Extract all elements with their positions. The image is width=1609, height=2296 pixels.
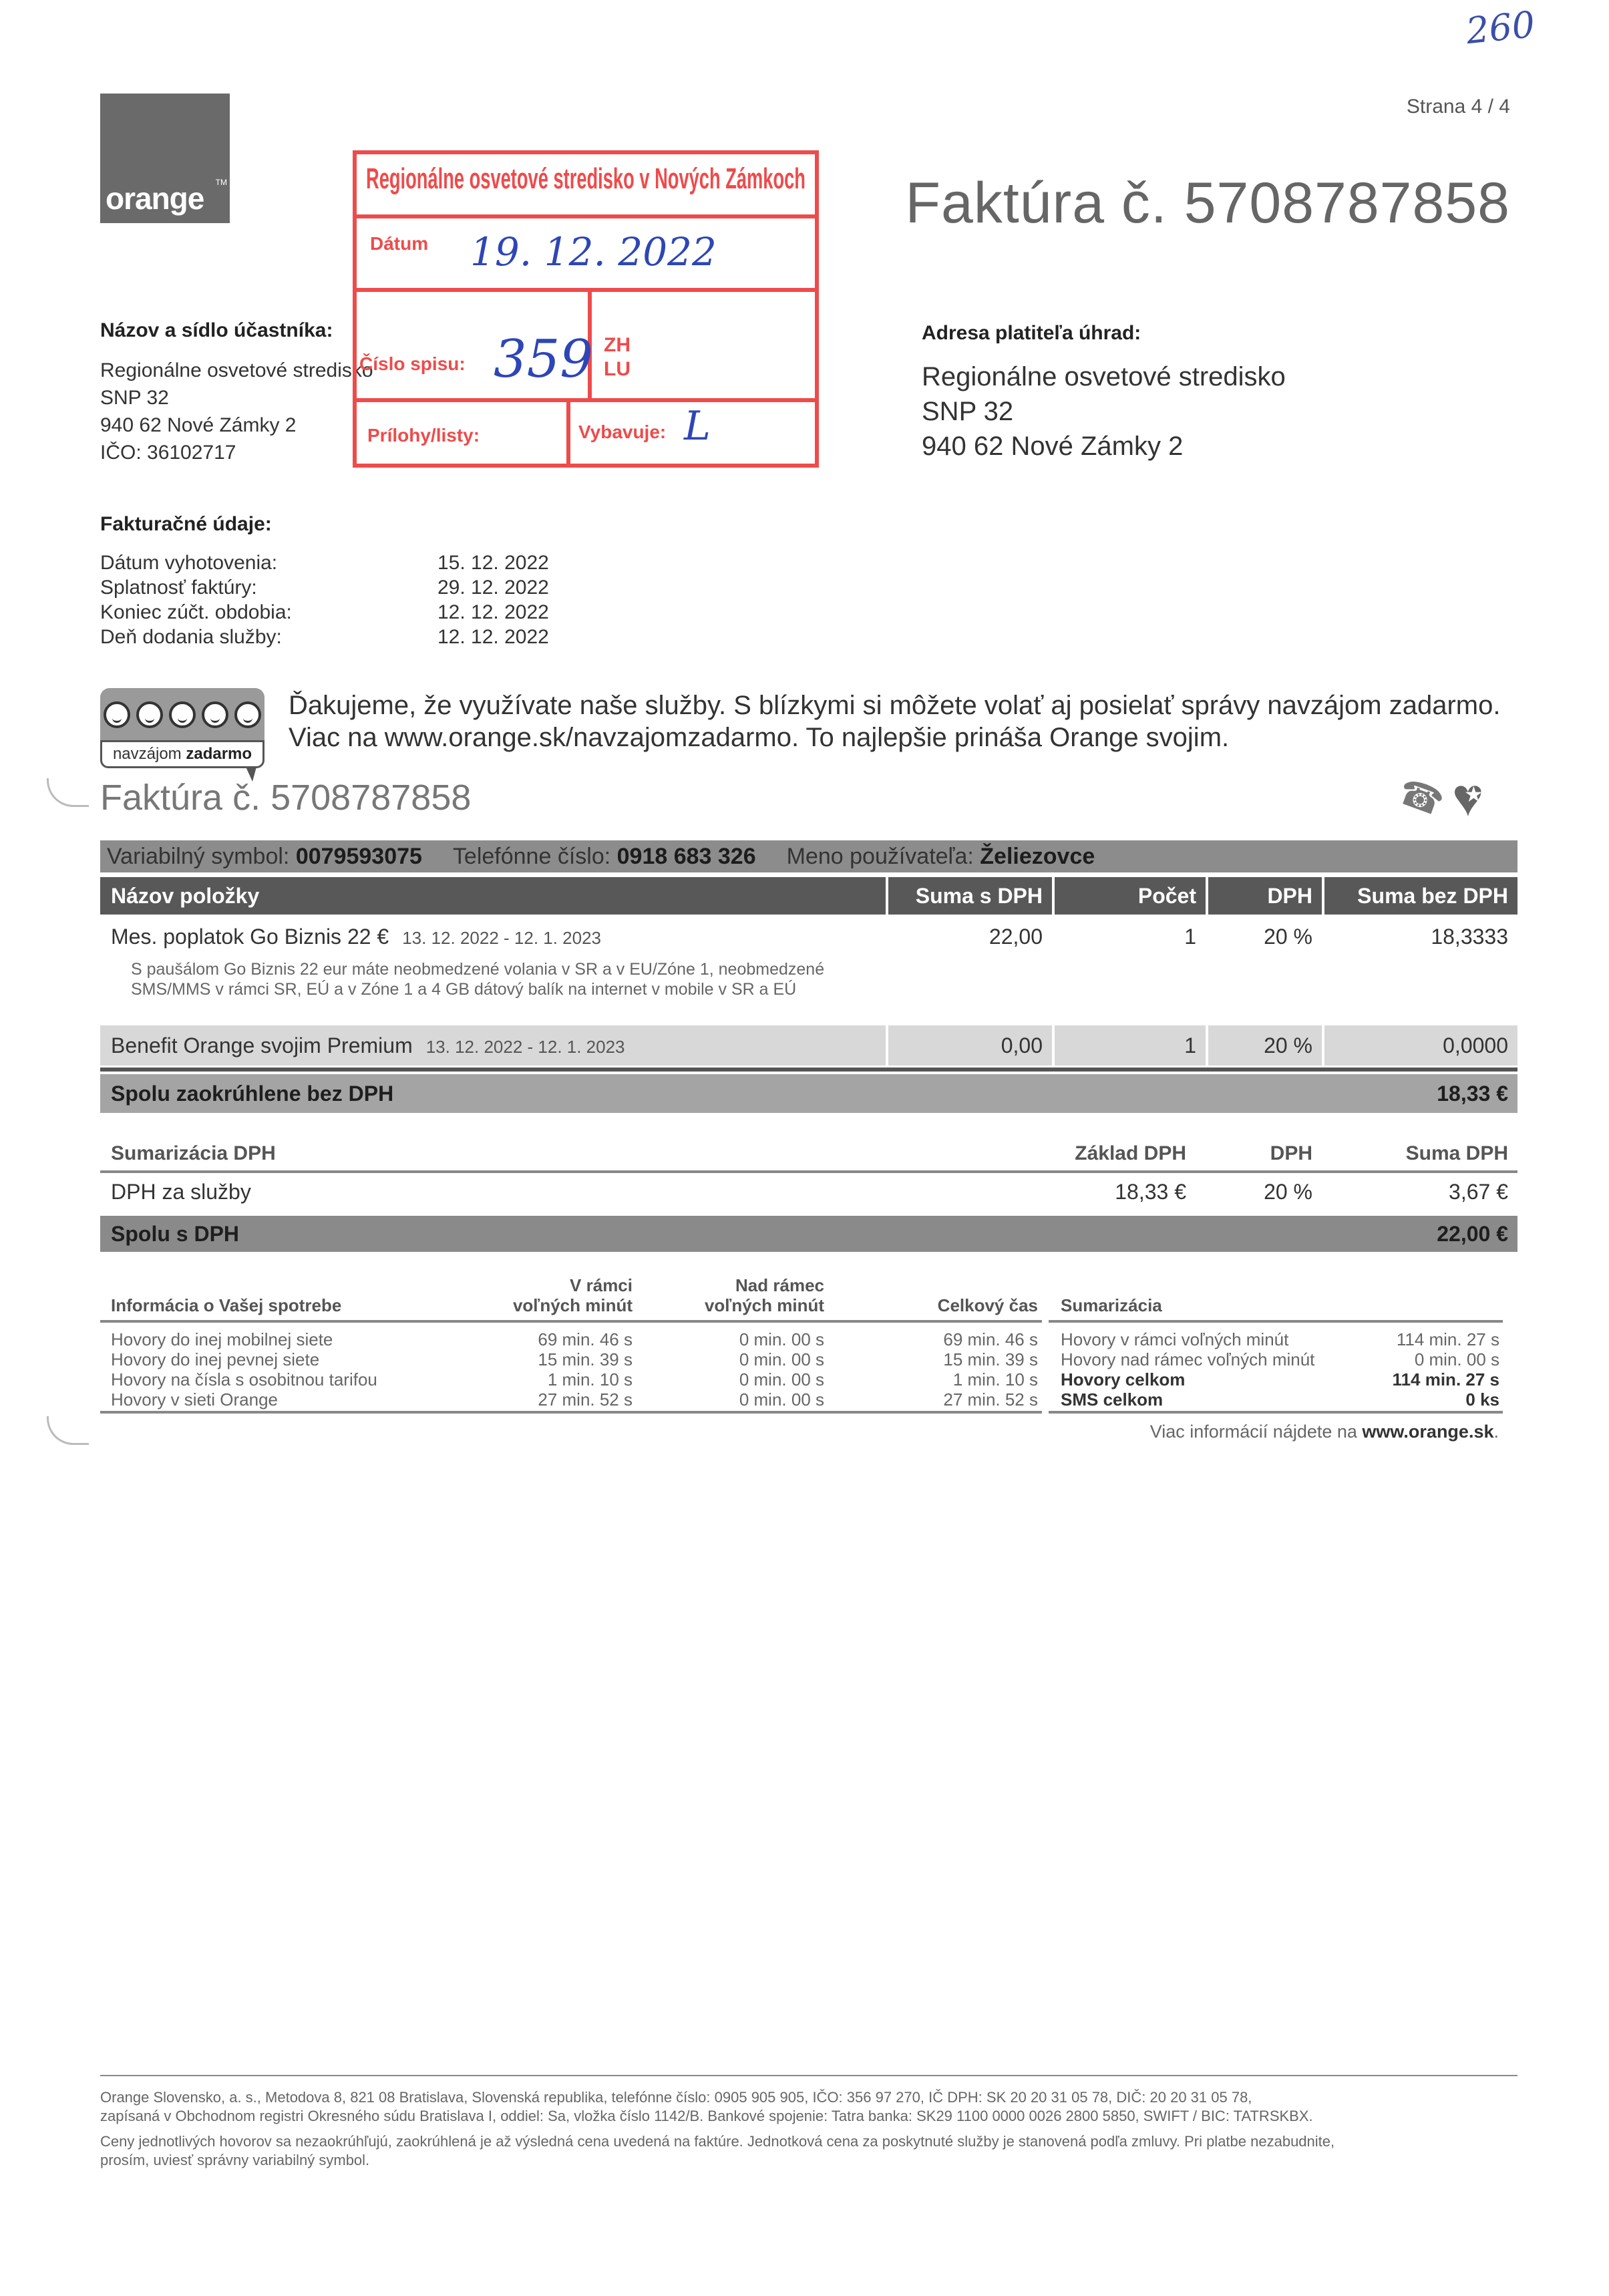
item-count: 1 bbox=[1184, 925, 1196, 949]
billing-value: 29. 12. 2022 bbox=[437, 575, 549, 600]
usage-header-over: Nad rámecvoľných minút bbox=[705, 1275, 824, 1315]
usage-header-within-line: voľných minút bbox=[513, 1295, 633, 1315]
usage-header-label: Informácia o Vašej spotrebe bbox=[111, 1295, 341, 1315]
usage-header-within: V rámcivoľných minút bbox=[513, 1275, 633, 1315]
phone-value: 0918 683 326 bbox=[617, 844, 756, 869]
usage-summary-value: 0 min. 00 s bbox=[1415, 1349, 1499, 1369]
usage-summary-value: 114 min. 27 s bbox=[1393, 1369, 1499, 1389]
stamp-date-label: Dátum bbox=[370, 233, 428, 255]
billing-value: 15. 12. 2022 bbox=[437, 550, 549, 575]
face-icon bbox=[202, 701, 228, 728]
more-info: Viac informácií nájdete na www.orange.sk… bbox=[1150, 1422, 1499, 1442]
usage-header-over-line: voľných minút bbox=[705, 1295, 824, 1315]
usage-summary-label: SMS celkom bbox=[1061, 1389, 1163, 1410]
stamp-file-label: Číslo spisu: bbox=[359, 353, 466, 375]
vat-rate-header: DPH bbox=[1270, 1142, 1312, 1165]
stamp-title: Regionálne osvetové stredisko v Nových Z… bbox=[366, 162, 806, 196]
billing-value: 12. 12. 2022 bbox=[437, 600, 549, 625]
heart-star-icon bbox=[1451, 774, 1497, 820]
usage-row-over: 0 min. 00 s bbox=[739, 1349, 824, 1369]
badge-text-bold: zadarmo bbox=[186, 745, 252, 763]
stamp-zh-lu: ZH LU bbox=[604, 333, 631, 381]
vs-label: Variabilný symbol: bbox=[107, 844, 289, 869]
item-vat: 20 % bbox=[1264, 1033, 1312, 1058]
usage-row-within: 15 min. 39 s bbox=[538, 1349, 633, 1369]
total-with-vat-bar: Spolu s DPH 22,00 € bbox=[100, 1216, 1517, 1252]
stamp-divider bbox=[566, 398, 570, 464]
binder-hole-mark bbox=[47, 778, 89, 807]
usage-row-within: 69 min. 46 s bbox=[538, 1329, 633, 1349]
billing-row: Deň dodania služby:12. 12. 2022 bbox=[100, 625, 549, 649]
usage-summary-label: Hovory nad rámec voľných minút bbox=[1061, 1349, 1314, 1369]
billing-details: Fakturačné údaje: Dátum vyhotovenia:15. … bbox=[100, 513, 549, 649]
stamp-handled-value: L bbox=[684, 403, 711, 450]
table-row-item-name: Benefit Orange svojim Premium13. 12. 202… bbox=[111, 1033, 625, 1058]
total-without-vat-label: Spolu zaokrúhlene bez DPH bbox=[111, 1074, 393, 1113]
usage-row-over: 0 min. 00 s bbox=[739, 1329, 824, 1349]
stamp-attachments-label: Prílohy/listy: bbox=[367, 425, 480, 446]
billing-key: Dátum vyhotovenia: bbox=[100, 550, 437, 575]
usage-row-total: 15 min. 39 s bbox=[943, 1349, 1038, 1369]
page-indicator: Strana 4 / 4 bbox=[1407, 96, 1510, 118]
payer-line: 940 62 Nové Zámky 2 bbox=[922, 429, 1286, 464]
usage-row-over: 0 min. 00 s bbox=[739, 1389, 824, 1410]
usage-summary-value: 0 ks bbox=[1465, 1389, 1499, 1410]
usage-row-label: Hovory do inej pevnej siete bbox=[111, 1349, 319, 1369]
badge-label: navzájom zadarmo bbox=[100, 740, 264, 768]
col-header-count: Počet bbox=[1055, 877, 1206, 915]
logo-text: orange bbox=[106, 180, 204, 216]
item-sum-with-vat: 0,00 bbox=[1001, 1033, 1043, 1058]
billing-row: Dátum vyhotovenia:15. 12. 2022 bbox=[100, 550, 549, 575]
vat-amount-header: Suma DPH bbox=[1406, 1142, 1508, 1165]
divider bbox=[1049, 1411, 1503, 1414]
face-icon bbox=[136, 701, 163, 728]
col-header-sum-with-vat: Suma s DPH bbox=[888, 877, 1052, 915]
usage-row-total: 69 min. 46 s bbox=[943, 1329, 1038, 1349]
billing-table: Dátum vyhotovenia:15. 12. 2022 Splatnosť… bbox=[100, 550, 549, 649]
item-description: S paušálom Go Biznis 22 eur máte neobmed… bbox=[131, 959, 899, 999]
face-icon bbox=[234, 701, 261, 728]
face-icon bbox=[104, 701, 130, 728]
more-info-suffix: . bbox=[1493, 1422, 1499, 1442]
usage-row-total: 1 min. 10 s bbox=[953, 1369, 1038, 1389]
vat-row-amount: 3,67 € bbox=[1449, 1180, 1508, 1204]
navzajom-zadarmo-badge: navzájom zadarmo bbox=[99, 688, 266, 768]
payer-label: Adresa platiteľa úhrad: bbox=[922, 322, 1286, 345]
phone-label: Telefónne číslo: bbox=[453, 844, 610, 869]
more-info-text: Viac informácií nájdete na bbox=[1150, 1422, 1363, 1442]
usage-row-label: Hovory v sieti Orange bbox=[111, 1389, 278, 1410]
table-row-item-name: Mes. poplatok Go Biznis 22 €13. 12. 2022… bbox=[111, 925, 601, 949]
item-sum-without-vat: 18,3333 bbox=[1431, 925, 1508, 949]
usage-row-label: Hovory do inej mobilnej siete bbox=[111, 1329, 333, 1349]
more-info-link[interactable]: www.orange.sk bbox=[1362, 1422, 1493, 1442]
vat-summary-header: Sumarizácia DPH bbox=[111, 1142, 276, 1165]
account-bar: Variabilný symbol: 0079593075Telefónne č… bbox=[100, 840, 1517, 872]
item-vat: 20 % bbox=[1264, 925, 1312, 949]
usage-row-label: Hovory na čísla s osobitnou tarifou bbox=[111, 1369, 377, 1389]
user-value: Želiezovce bbox=[980, 844, 1095, 869]
faces-icon bbox=[100, 688, 264, 742]
registry-stamp: Regionálne osvetové stredisko v Nových Z… bbox=[353, 150, 819, 468]
footer: Orange Slovensko, a. s., Metodova 8, 821… bbox=[100, 2088, 1523, 2176]
badge-text-light: navzájom bbox=[113, 745, 182, 763]
divider bbox=[100, 1170, 1517, 1173]
divider bbox=[100, 1320, 1042, 1323]
subscriber-ico: IČO: 36102717 bbox=[100, 439, 373, 466]
phone-icon bbox=[1396, 774, 1437, 820]
item-sum-with-vat: 22,00 bbox=[989, 925, 1043, 949]
billing-key: Deň dodania služby: bbox=[100, 625, 437, 649]
col-header-sum-without-vat: Suma bez DPH bbox=[1324, 877, 1517, 915]
subscriber-label: Názov a sídlo účastníka: bbox=[100, 319, 373, 342]
subscriber-block: Názov a sídlo účastníka: Regionálne osve… bbox=[100, 319, 373, 466]
usage-row-within: 1 min. 10 s bbox=[548, 1369, 633, 1389]
item-name: Benefit Orange svojim Premium bbox=[111, 1033, 413, 1057]
usage-header-within-line: V rámci bbox=[513, 1275, 633, 1295]
subscriber-line: SNP 32 bbox=[100, 384, 373, 412]
billing-key: Koniec zúčt. obdobia: bbox=[100, 600, 437, 625]
stamp-file-row: Číslo spisu: 359 bbox=[357, 288, 815, 402]
vat-row-label: DPH za služby bbox=[111, 1180, 251, 1204]
stamp-file-value: 359 bbox=[494, 329, 593, 389]
vat-row-base: 18,33 € bbox=[1115, 1180, 1186, 1204]
handwritten-page-number: 260 bbox=[1464, 3, 1537, 52]
user-label: Meno používateľa: bbox=[787, 844, 974, 869]
vs-value: 0079593075 bbox=[296, 844, 422, 869]
item-name: Mes. poplatok Go Biznis 22 € bbox=[111, 925, 389, 949]
col-header-name: Názov položky bbox=[100, 877, 886, 915]
total-with-vat-label: Spolu s DPH bbox=[111, 1216, 239, 1252]
service-icons bbox=[1396, 774, 1497, 820]
billing-label: Fakturačné údaje: bbox=[100, 513, 549, 536]
billing-row: Koniec zúčt. obdobia:12. 12. 2022 bbox=[100, 600, 549, 625]
binder-hole-mark bbox=[47, 1416, 89, 1445]
item-count: 1 bbox=[1184, 1033, 1196, 1058]
item-sum-without-vat: 0,0000 bbox=[1443, 1033, 1508, 1058]
total-with-vat-value: 22,00 € bbox=[1437, 1216, 1508, 1252]
footer-line-3: Ceny jednotlivých hovorov sa nezaokrúhľu… bbox=[100, 2133, 1334, 2150]
face-icon bbox=[169, 701, 196, 728]
divider bbox=[100, 1411, 1042, 1414]
total-without-vat-value: 18,33 € bbox=[1437, 1074, 1508, 1113]
logo-tm: TM bbox=[216, 178, 227, 187]
usage-row-total: 27 min. 52 s bbox=[943, 1389, 1038, 1410]
footer-line-4: prosím, uviesť správny variabilný symbol… bbox=[100, 2152, 369, 2168]
item-period: 13. 12. 2022 - 12. 1. 2023 bbox=[426, 1037, 625, 1057]
total-without-vat-bar: Spolu zaokrúhlene bez DPH 18,33 € bbox=[100, 1074, 1517, 1113]
vat-row-rate: 20 % bbox=[1264, 1180, 1312, 1204]
invoice-title: Faktúra č. 5708787858 bbox=[905, 170, 1510, 236]
usage-summary-value: 114 min. 27 s bbox=[1397, 1329, 1499, 1349]
usage-row-within: 27 min. 52 s bbox=[538, 1389, 633, 1410]
divider bbox=[1049, 1320, 1503, 1323]
subscriber-line: Regionálne osvetové stredisko bbox=[100, 357, 373, 384]
usage-header-over-line: Nad rámec bbox=[705, 1275, 824, 1295]
stamp-handled-label: Vybavuje: bbox=[578, 422, 666, 443]
footer-line-1: Orange Slovensko, a. s., Metodova 8, 821… bbox=[100, 2089, 1252, 2106]
item-period: 13. 12. 2022 - 12. 1. 2023 bbox=[402, 928, 601, 948]
stamp-zh: ZH bbox=[604, 333, 631, 357]
subscriber-line: 940 62 Nové Zámky 2 bbox=[100, 412, 373, 439]
footer-line-2: zapísaná v Obchodnom registri Okresného … bbox=[100, 2108, 1313, 2124]
divider bbox=[100, 1068, 1517, 1072]
section-title: Faktúra č. 5708787858 bbox=[100, 777, 471, 818]
billing-value: 12. 12. 2022 bbox=[437, 625, 549, 649]
stamp-date-row: Dátum 19. 12. 2022 bbox=[357, 214, 815, 292]
payer-line: SNP 32 bbox=[922, 394, 1286, 429]
usage-row-over: 0 min. 00 s bbox=[739, 1369, 824, 1389]
payer-line: Regionálne osvetové stredisko bbox=[922, 359, 1286, 394]
row-shade bbox=[1055, 1025, 1206, 1065]
promo-line-2: Viac na www.orange.sk/navzajomzadarmo. T… bbox=[289, 721, 1500, 754]
stamp-lu: LU bbox=[604, 357, 631, 381]
vat-base-header: Základ DPH bbox=[1075, 1142, 1186, 1165]
usage-header-total: Celkový čas bbox=[938, 1295, 1038, 1315]
payer-block: Adresa platiteľa úhrad: Regionálne osvet… bbox=[922, 322, 1286, 464]
billing-key: Splatnosť faktúry: bbox=[100, 575, 437, 600]
stamp-date-value: 19. 12. 2022 bbox=[470, 229, 717, 275]
usage-summary-label: Hovory celkom bbox=[1061, 1369, 1185, 1389]
orange-logo: orange TM bbox=[100, 94, 230, 223]
stamp-title-row: Regionálne osvetové stredisko v Nových Z… bbox=[357, 154, 815, 218]
footer-divider bbox=[100, 2075, 1517, 2076]
usage-summary-label: Hovory v rámci voľných minút bbox=[1061, 1329, 1288, 1349]
promo-line-1: Ďakujeme, že využívate naše služby. S bl… bbox=[289, 689, 1500, 721]
col-header-vat: DPH bbox=[1208, 877, 1322, 915]
promo-text: Ďakujeme, že využívate naše služby. S bl… bbox=[289, 689, 1500, 754]
billing-row: Splatnosť faktúry:29. 12. 2022 bbox=[100, 575, 549, 600]
usage-summary-header: Sumarizácia bbox=[1061, 1295, 1162, 1315]
